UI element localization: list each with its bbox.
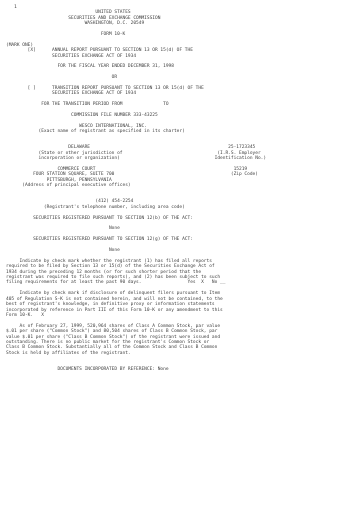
- registrant-name-block: WESCO INTERNATIONAL, INC. (Exact name of…: [6, 124, 362, 135]
- annual-report-checkbox-item: [X] ANNUAL REPORT PURSUANT TO SECTION 13…: [6, 48, 362, 59]
- paragraph-filed-reports: Indicate by check mark whether the regis…: [6, 259, 362, 286]
- or-separator: OR: [6, 75, 362, 80]
- form-title: FORM 10-K: [6, 32, 362, 37]
- telephone-block: (412) 454-2254 (Registrant's telephone n…: [6, 199, 362, 210]
- paragraph-shares-outstanding: As of February 27, 1999, 520,964 shares …: [6, 324, 362, 356]
- securities-12g-none: None: [6, 248, 362, 253]
- transition-period-line: FOR THE TRANSITION PERIOD FROM TO: [6, 102, 362, 107]
- commission-file-line: COMMISSION FILE NUMBER 333-43225: [6, 113, 362, 118]
- documents-incorporated-line: DOCUMENTS INCORPORATED BY REFERENCE: Non…: [6, 367, 362, 372]
- securities-12b-line: SECURITIES REGISTERED PURSUANT TO SECTIO…: [6, 216, 362, 221]
- jurisdiction-address-table: DELAWARE 25-1723345 (State or other juri…: [6, 145, 362, 188]
- document-page: 1 UNITED STATES SECURITIES AND EXCHANGE …: [0, 0, 362, 512]
- fiscal-year-line: FOR THE FISCAL YEAR ENDED DECEMBER 31, 1…: [6, 64, 362, 69]
- transition-report-checkbox-item: [ ] TRANSITION REPORT PURSUANT TO SECTIO…: [6, 86, 362, 97]
- paragraph-delinquent-filers: Indicate by check mark if disclosure of …: [6, 291, 362, 318]
- securities-12g-line: SECURITIES REGISTERED PURSUANT TO SECTIO…: [6, 237, 362, 242]
- sec-header: UNITED STATES SECURITIES AND EXCHANGE CO…: [6, 10, 362, 26]
- securities-12b-none: None: [6, 226, 362, 231]
